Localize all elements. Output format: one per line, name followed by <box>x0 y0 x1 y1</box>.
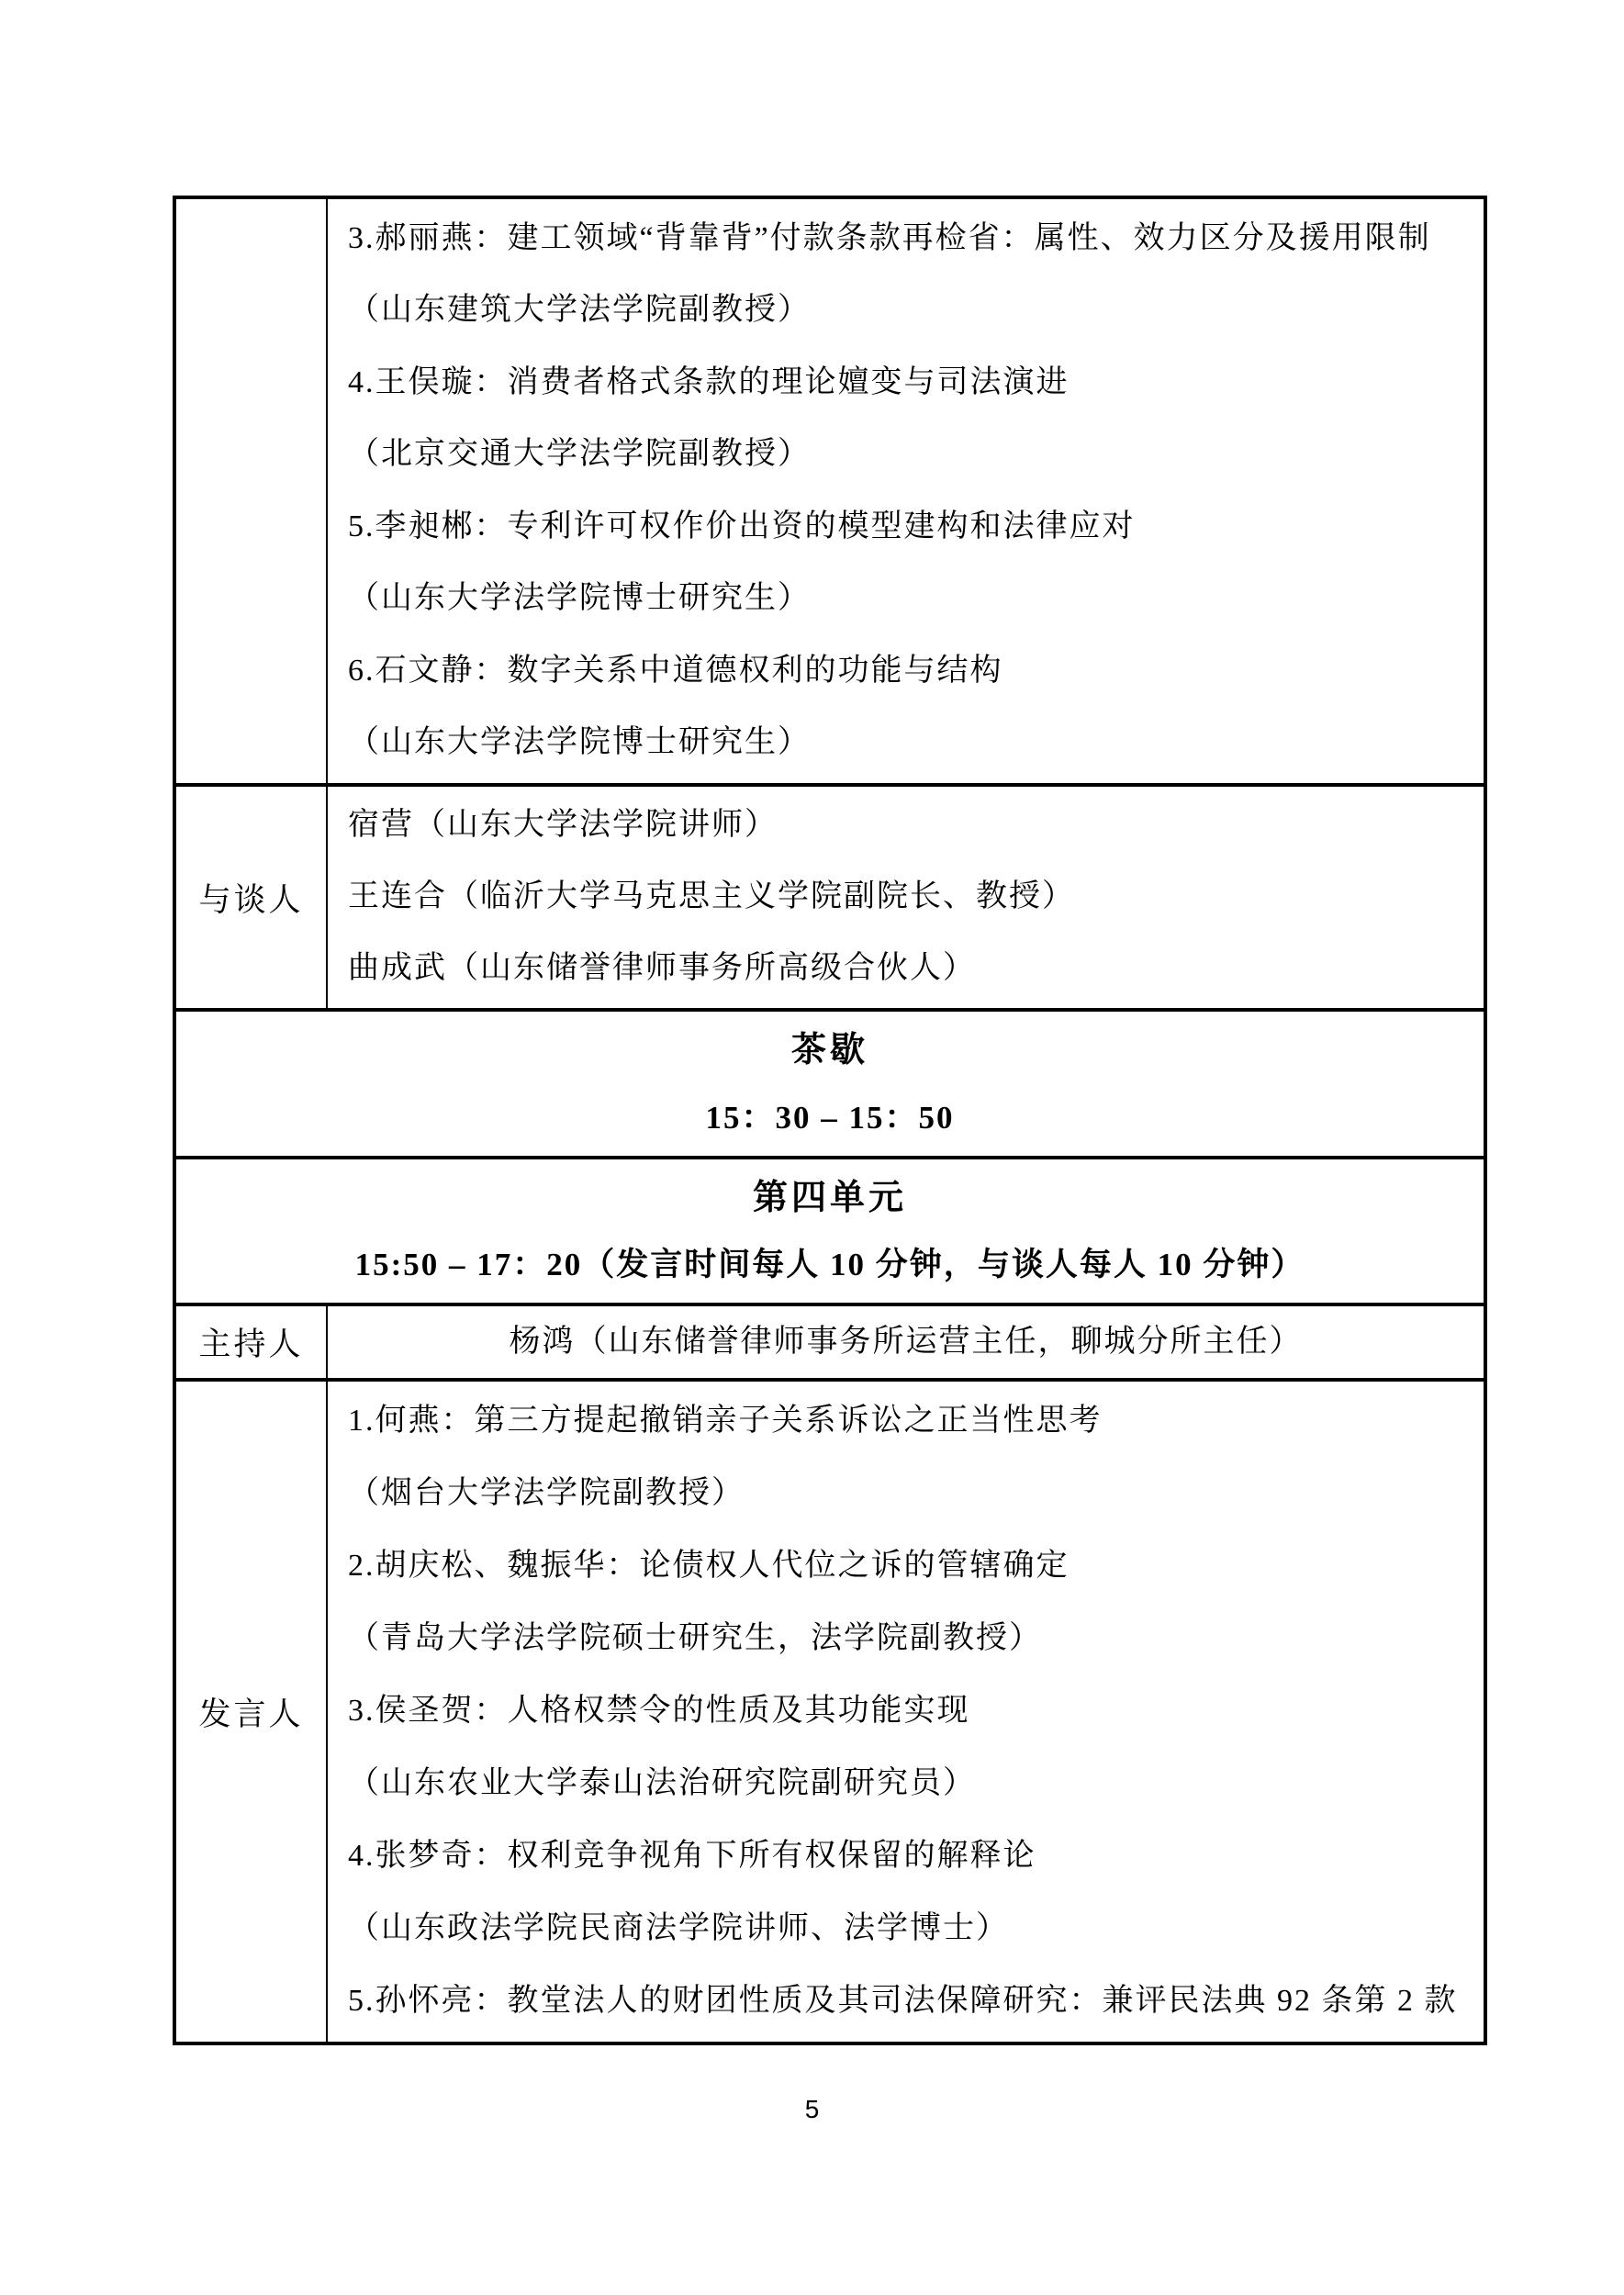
agenda-line: 1.何燕：第三方提起撤销亲子关系诉讼之正当性思考 <box>335 1403 1476 1440</box>
page-number: 5 <box>0 2095 1624 2124</box>
tea-break-cell: 茶歇 15：30 – 15：50 <box>176 1012 1484 1156</box>
affiliation-line: （青岛大学法学院硕士研究生，法学院副教授） <box>335 1620 1476 1658</box>
affiliation-line: （烟台大学法学院副教授） <box>335 1475 1476 1513</box>
agenda-line: 5.孙怀亮：教堂法人的财团性质及其司法保障研究：兼评民法典 92 条第 2 款 <box>335 1983 1476 2021</box>
agenda-table: 3.郝丽燕：建工领域“背靠背”付款条款再检省：属性、效力区分及援用限制 （山东建… <box>173 196 1487 2045</box>
row-label <box>176 199 328 783</box>
session-title: 第四单元 <box>753 1178 907 1220</box>
affiliation-line: （山东大学法学院博士研究生） <box>335 724 1476 762</box>
affiliation-line: （山东政法学院民商法学院讲师、法学博士） <box>335 1910 1476 1948</box>
agenda-line: 3.郝丽燕：建工领域“背靠背”付款条款再检省：属性、效力区分及援用限制 <box>335 220 1476 258</box>
session-header-cell: 第四单元 15:50 – 17：20（发言时间每人 10 分钟，与谈人每人 10… <box>176 1159 1484 1303</box>
speaker-list: 3.郝丽燕：建工领域“背靠背”付款条款再检省：属性、效力区分及援用限制 （山东建… <box>328 199 1484 783</box>
row-label-speakers: 发言人 <box>176 1382 328 2042</box>
agenda-line: 4.王俣璇：消费者格式条款的理论嬗变与司法演进 <box>335 364 1476 402</box>
tea-break-title: 茶歇 <box>791 1030 868 1072</box>
row-label-moderator: 主持人 <box>176 1306 328 1378</box>
moderator-line: 杨鸿（山东储誉律师事务所运营主任，聊城分所主任） <box>335 1324 1476 1361</box>
agenda-line: 2.胡庆松、魏振华：论债权人代位之诉的管辖确定 <box>335 1548 1476 1585</box>
discussant-line: 王连合（临沂大学马克思主义学院副院长、教授） <box>335 879 1476 916</box>
agenda-line: 3.侯圣贺：人格权禁令的性质及其功能实现 <box>335 1693 1476 1730</box>
table-row: 主持人 杨鸿（山东储誉律师事务所运营主任，聊城分所主任） <box>176 1306 1484 1382</box>
discussant-list: 宿营（山东大学法学院讲师） 王连合（临沂大学马克思主义学院副院长、教授） 曲成武… <box>328 787 1484 1008</box>
tea-break-time: 15：30 – 15：50 <box>705 1099 954 1137</box>
discussant-line: 曲成武（山东储誉律师事务所高级合伙人） <box>335 950 1476 988</box>
moderator-cell: 杨鸿（山东储誉律师事务所运营主任，聊城分所主任） <box>328 1306 1484 1378</box>
affiliation-line: （山东大学法学院博士研究生） <box>335 580 1476 618</box>
table-row-session-header: 第四单元 15:50 – 17：20（发言时间每人 10 分钟，与谈人每人 10… <box>176 1159 1484 1306</box>
row-label-discussants: 与谈人 <box>176 787 328 1008</box>
affiliation-line: （山东农业大学泰山法治研究院副研究员） <box>335 1765 1476 1803</box>
agenda-line: 6.石文静：数字关系中道德权利的功能与结构 <box>335 653 1476 690</box>
discussant-line: 宿营（山东大学法学院讲师） <box>335 807 1476 845</box>
agenda-line: 5.李昶郴：专利许可权作价出资的模型建构和法律应对 <box>335 509 1476 546</box>
affiliation-line: （北京交通大学法学院副教授） <box>335 436 1476 474</box>
affiliation-line: （山东建筑大学法学院副教授） <box>335 292 1476 330</box>
speaker-list: 1.何燕：第三方提起撤销亲子关系诉讼之正当性思考 （烟台大学法学院副教授） 2.… <box>328 1382 1484 2042</box>
table-row: 发言人 1.何燕：第三方提起撤销亲子关系诉讼之正当性思考 （烟台大学法学院副教授… <box>176 1382 1484 2042</box>
session-time: 15:50 – 17：20（发言时间每人 10 分钟，与谈人每人 10 分钟） <box>355 1246 1305 1284</box>
agenda-line: 4.张梦奇：权利竞争视角下所有权保留的解释论 <box>335 1838 1476 1875</box>
table-row: 3.郝丽燕：建工领域“背靠背”付款条款再检省：属性、效力区分及援用限制 （山东建… <box>176 199 1484 787</box>
table-row-tea-break: 茶歇 15：30 – 15：50 <box>176 1012 1484 1159</box>
table-row: 与谈人 宿营（山东大学法学院讲师） 王连合（临沂大学马克思主义学院副院长、教授）… <box>176 787 1484 1012</box>
